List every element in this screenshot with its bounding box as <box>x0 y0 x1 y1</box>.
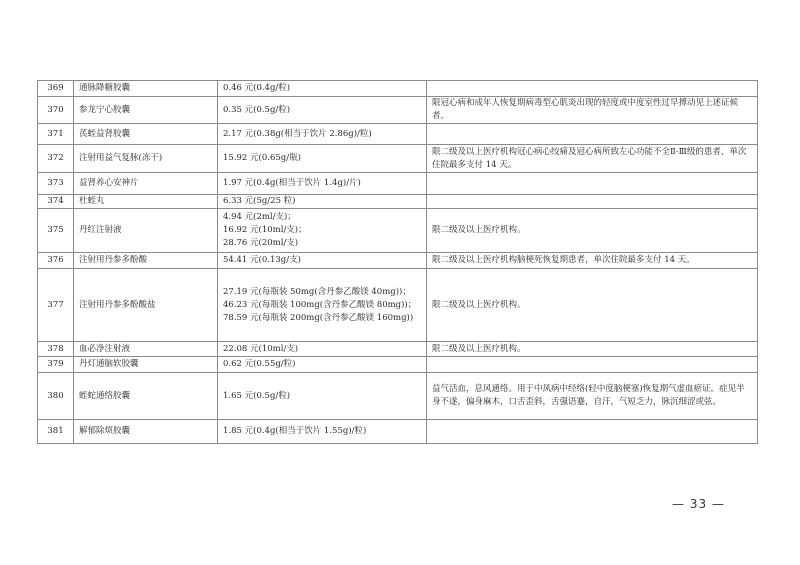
price-line: 46.23 元(每瓶装 100mg(含丹参乙酸镁 80mg))； <box>223 299 421 312</box>
drug-name: 丹灯通脑软胶囊 <box>74 357 218 373</box>
price-line: 27.19 元(每瓶装 50mg(含丹参乙酸镁 40mg))； <box>223 286 421 299</box>
price-line: 1.97 元(0.4g(相当于饮片 1.4g)/片) <box>223 177 421 190</box>
drug-price: 1.65 元(0.5g/粒) <box>218 373 427 420</box>
payment-restriction: 限二级及以上医疗机构冠心病心绞痛及冠心病所致左心功能不全Ⅱ-Ⅲ级的患者，单次住院… <box>427 145 758 173</box>
row-number: 378 <box>38 342 74 357</box>
drug-name: 丹红注射液 <box>74 209 218 253</box>
table-row: 377注射用丹参多酚酸盐27.19 元(每瓶装 50mg(含丹参乙酸镁 40mg… <box>38 269 758 342</box>
table-row: 375丹红注射液4.94 元(2ml/支)；16.92 元(10ml/支)；28… <box>38 209 758 253</box>
table-row: 381解郁除烦胶囊1.85 元(0.4g(相当于饮片 1.55g)/粒) <box>38 420 758 444</box>
drug-price: 0.46 元(0.4g/粒) <box>218 81 427 97</box>
drug-name: 通脉降糖胶囊 <box>74 81 218 97</box>
page-number: — 33 — <box>672 497 725 511</box>
price-line: 54.41 元(0.13g/支) <box>223 254 421 267</box>
payment-restriction <box>427 81 758 97</box>
drug-price: 1.97 元(0.4g(相当于饮片 1.4g)/片) <box>218 173 427 195</box>
table-row: 376注射用丹参多酚酸54.41 元(0.13g/支)限二级及以上医疗机构脑梗死… <box>38 253 758 269</box>
price-line: 1.85 元(0.4g(相当于饮片 1.55g)/粒) <box>223 425 421 438</box>
price-line: 6.33 元(5g/25 粒) <box>223 195 421 208</box>
drug-price: 27.19 元(每瓶装 50mg(含丹参乙酸镁 40mg))；46.23 元(每… <box>218 269 427 342</box>
payment-restriction: 限冠心病和成年人恢复期病毒型心肌炎出现的轻度或中度室性过早搏动见上述证候者。 <box>427 97 758 124</box>
table-row: 372注射用益气复脉(冻干)15.92 元(0.65g/瓶)限二级及以上医疗机构… <box>38 145 758 173</box>
payment-restriction <box>427 420 758 444</box>
drug-name: 注射用丹参多酚酸 <box>74 253 218 269</box>
row-number: 370 <box>38 97 74 124</box>
drug-price: 15.92 元(0.65g/瓶) <box>218 145 427 173</box>
table-row: 371芪蛭益肾胶囊2.17 元(0.38g(相当于饮片 2.86g)/粒) <box>38 124 758 145</box>
row-number: 373 <box>38 173 74 195</box>
drug-table: 369通脉降糖胶囊0.46 元(0.4g/粒)370参龙宁心胶囊0.35 元(0… <box>37 80 758 444</box>
row-number: 380 <box>38 373 74 420</box>
table-row: 370参龙宁心胶囊0.35 元(0.5g/粒)限冠心病和成年人恢复期病毒型心肌炎… <box>38 97 758 124</box>
row-number: 372 <box>38 145 74 173</box>
drug-name: 参龙宁心胶囊 <box>74 97 218 124</box>
table-row: 378血必净注射液22.08 元(10ml/支)限二级及以上医疗机构。 <box>38 342 758 357</box>
payment-restriction: 限二级及以上医疗机构。 <box>427 342 758 357</box>
row-number: 379 <box>38 357 74 373</box>
payment-restriction: 限二级及以上医疗机构。 <box>427 209 758 253</box>
row-number: 369 <box>38 81 74 97</box>
price-line: 2.17 元(0.38g(相当于饮片 2.86g)/粒) <box>223 128 421 141</box>
price-line: 28.76 元(20ml/支) <box>223 237 421 250</box>
row-number: 381 <box>38 420 74 444</box>
table-row: 373益肾养心安神片1.97 元(0.4g(相当于饮片 1.4g)/片) <box>38 173 758 195</box>
table-row: 374杜蛭丸6.33 元(5g/25 粒) <box>38 195 758 209</box>
payment-restriction: 益气活血，息风通络。用于中风病中经络(轻中度脑梗塞)恢复期气虚血瘀证。症见半身不… <box>427 373 758 420</box>
drug-name: 解郁除烦胶囊 <box>74 420 218 444</box>
payment-restriction <box>427 173 758 195</box>
drug-price: 0.35 元(0.5g/粒) <box>218 97 427 124</box>
drug-price: 4.94 元(2ml/支)；16.92 元(10ml/支)；28.76 元(20… <box>218 209 427 253</box>
drug-price: 0.62 元(0.55g/粒) <box>218 357 427 373</box>
drug-price: 1.85 元(0.4g(相当于饮片 1.55g)/粒) <box>218 420 427 444</box>
table-row: 379丹灯通脑软胶囊0.62 元(0.55g/粒) <box>38 357 758 373</box>
price-line: 22.08 元(10ml/支) <box>223 343 421 356</box>
price-line: 78.59 元(每瓶装 200mg(含丹参乙酸镁 160mg)) <box>223 312 421 325</box>
payment-restriction <box>427 357 758 373</box>
payment-restriction: 限二级及以上医疗机构。 <box>427 269 758 342</box>
price-line: 4.94 元(2ml/支)； <box>223 211 421 224</box>
drug-name: 注射用益气复脉(冻干) <box>74 145 218 173</box>
drug-name: 杜蛭丸 <box>74 195 218 209</box>
drug-price: 54.41 元(0.13g/支) <box>218 253 427 269</box>
row-number: 374 <box>38 195 74 209</box>
drug-name: 蛭蛇通络胶囊 <box>74 373 218 420</box>
payment-restriction <box>427 195 758 209</box>
row-number: 371 <box>38 124 74 145</box>
table-row: 369通脉降糖胶囊0.46 元(0.4g/粒) <box>38 81 758 97</box>
drug-price: 6.33 元(5g/25 粒) <box>218 195 427 209</box>
drug-name: 益肾养心安神片 <box>74 173 218 195</box>
row-number: 375 <box>38 209 74 253</box>
price-line: 0.62 元(0.55g/粒) <box>223 358 421 371</box>
drug-price: 2.17 元(0.38g(相当于饮片 2.86g)/粒) <box>218 124 427 145</box>
payment-restriction: 限二级及以上医疗机构脑梗死恢复期患者，单次住院最多支付 14 天。 <box>427 253 758 269</box>
price-line: 0.46 元(0.4g/粒) <box>223 82 421 95</box>
price-line: 16.92 元(10ml/支)； <box>223 224 421 237</box>
drug-name: 注射用丹参多酚酸盐 <box>74 269 218 342</box>
drug-price: 22.08 元(10ml/支) <box>218 342 427 357</box>
row-number: 376 <box>38 253 74 269</box>
price-line: 15.92 元(0.65g/瓶) <box>223 152 421 165</box>
price-line: 0.35 元(0.5g/粒) <box>223 104 421 117</box>
table-body: 369通脉降糖胶囊0.46 元(0.4g/粒)370参龙宁心胶囊0.35 元(0… <box>38 81 758 444</box>
price-line: 1.65 元(0.5g/粒) <box>223 390 421 403</box>
row-number: 377 <box>38 269 74 342</box>
table-row: 380蛭蛇通络胶囊1.65 元(0.5g/粒)益气活血，息风通络。用于中风病中经… <box>38 373 758 420</box>
drug-name: 血必净注射液 <box>74 342 218 357</box>
drug-name: 芪蛭益肾胶囊 <box>74 124 218 145</box>
payment-restriction <box>427 124 758 145</box>
